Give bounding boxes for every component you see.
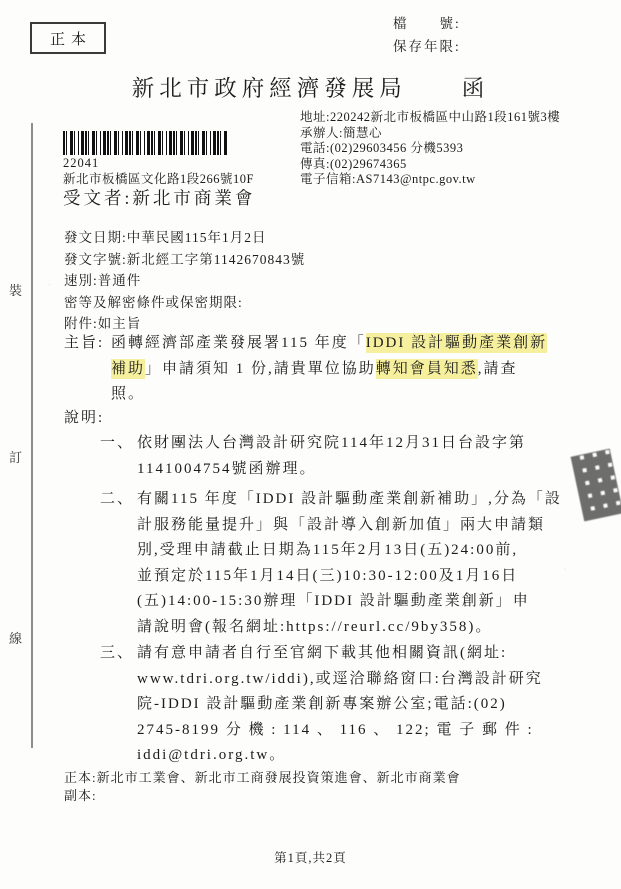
binding-mark-zhuang: 裝	[9, 280, 25, 299]
item-2-text: 有關115 年度「IDDI 設計驅動產業創新補助」,分為「設 計服務能量提升」與…	[137, 487, 599, 640]
document-title: 新北市政府經濟發展局 函	[0, 71, 621, 103]
retention-period-label: 保存年限:	[393, 35, 461, 55]
explanation-item-3: 三、 請有意申請者自行至官網下載其他相關資訊(網址: www.tdri.org.…	[100, 641, 599, 769]
item-1-marker: 一、	[100, 431, 137, 482]
copy-type-label: 正本	[44, 28, 92, 49]
dispatch-speed: 速別:普通件	[64, 270, 305, 292]
item-3-text: 請有意申請者自行至官網下載其他相關資訊(網址: www.tdri.org.tw/…	[137, 641, 599, 769]
barcode	[63, 131, 228, 155]
subject-text: 函轉經濟部產業發展署115 年度「IDDI 設計驅動產業創新 補助」申請須知 1…	[111, 331, 581, 408]
page-number-footer: 第1頁,共2頁	[0, 848, 621, 866]
subject-seg2: 」申請須知 1 份,請貴單位協助	[145, 361, 376, 377]
dispatch-meta-block: 發文日期:中華民國115年1月2日 發文字號:新北經工字第1142670843號…	[64, 227, 305, 335]
sender-phone: 電話:(02)29603456 分機5393	[300, 141, 560, 157]
distribution-block: 正本:新北市工業會、新北市工商發展投資策進會、新北市商業會 副本:	[64, 769, 461, 805]
sender-fax: 傳真:(02)29674365	[300, 157, 560, 173]
dispatch-number: 發文字號:新北經工字第1142670843號	[64, 249, 305, 271]
sender-address: 地址:220242新北市板橋區中山路1段161號3樓	[300, 110, 560, 126]
distribution-original: 正本:新北市工業會、新北市工商發展投資策進會、新北市商業會	[64, 769, 461, 787]
file-number-label: 檔 號:	[393, 12, 461, 32]
subject-seg1: 函轉經濟部產業發展署115 年度「	[111, 335, 366, 351]
sender-contact-block: 地址:220242新北市板橋區中山路1段161號3樓 承辦人:簡慧心 電話:(0…	[300, 110, 560, 188]
subject-highlight-2: 轉知會員知悉	[376, 359, 478, 379]
sender-handler: 承辦人:簡慧心	[300, 126, 560, 142]
item-3-marker: 三、	[100, 641, 137, 769]
scanned-official-letter: 正本 檔 號: 保存年限: 新北市政府經濟發展局 函 地址:220242新北市板…	[0, 0, 621, 889]
binding-mark-xian: 線	[9, 628, 25, 647]
subject-label: 主旨:	[64, 331, 111, 408]
item-1-text: 依財團法人台灣設計研究院114年12月31日台設字第 1141004754號函辦…	[137, 431, 599, 482]
binding-mark-ding: 訂	[9, 447, 25, 466]
explanation-item-1: 一、 依財團法人台灣設計研究院114年12月31日台設字第 1141004754…	[100, 431, 599, 482]
dispatch-date: 發文日期:中華民國115年1月2日	[64, 227, 305, 249]
binding-divider-line	[31, 123, 33, 748]
explanation-label: 說明:	[64, 406, 104, 427]
sender-email: 電子信箱:AS7143@ntpc.gov.tw	[300, 172, 560, 188]
copy-type-box: 正本	[30, 22, 106, 54]
explanation-item-2: 二、 有關115 年度「IDDI 設計驅動產業創新補助」,分為「設 計服務能量提…	[100, 487, 599, 640]
distribution-copy: 副本:	[64, 787, 461, 805]
recipient-name: 受文者:新北市商業會	[63, 185, 255, 210]
dispatch-security: 密等及解密條件或保密期限:	[64, 292, 305, 314]
subject-paragraph: 主旨: 函轉經濟部產業發展署115 年度「IDDI 設計驅動產業創新 補助」申請…	[64, 331, 581, 408]
item-2-marker: 二、	[100, 487, 137, 640]
